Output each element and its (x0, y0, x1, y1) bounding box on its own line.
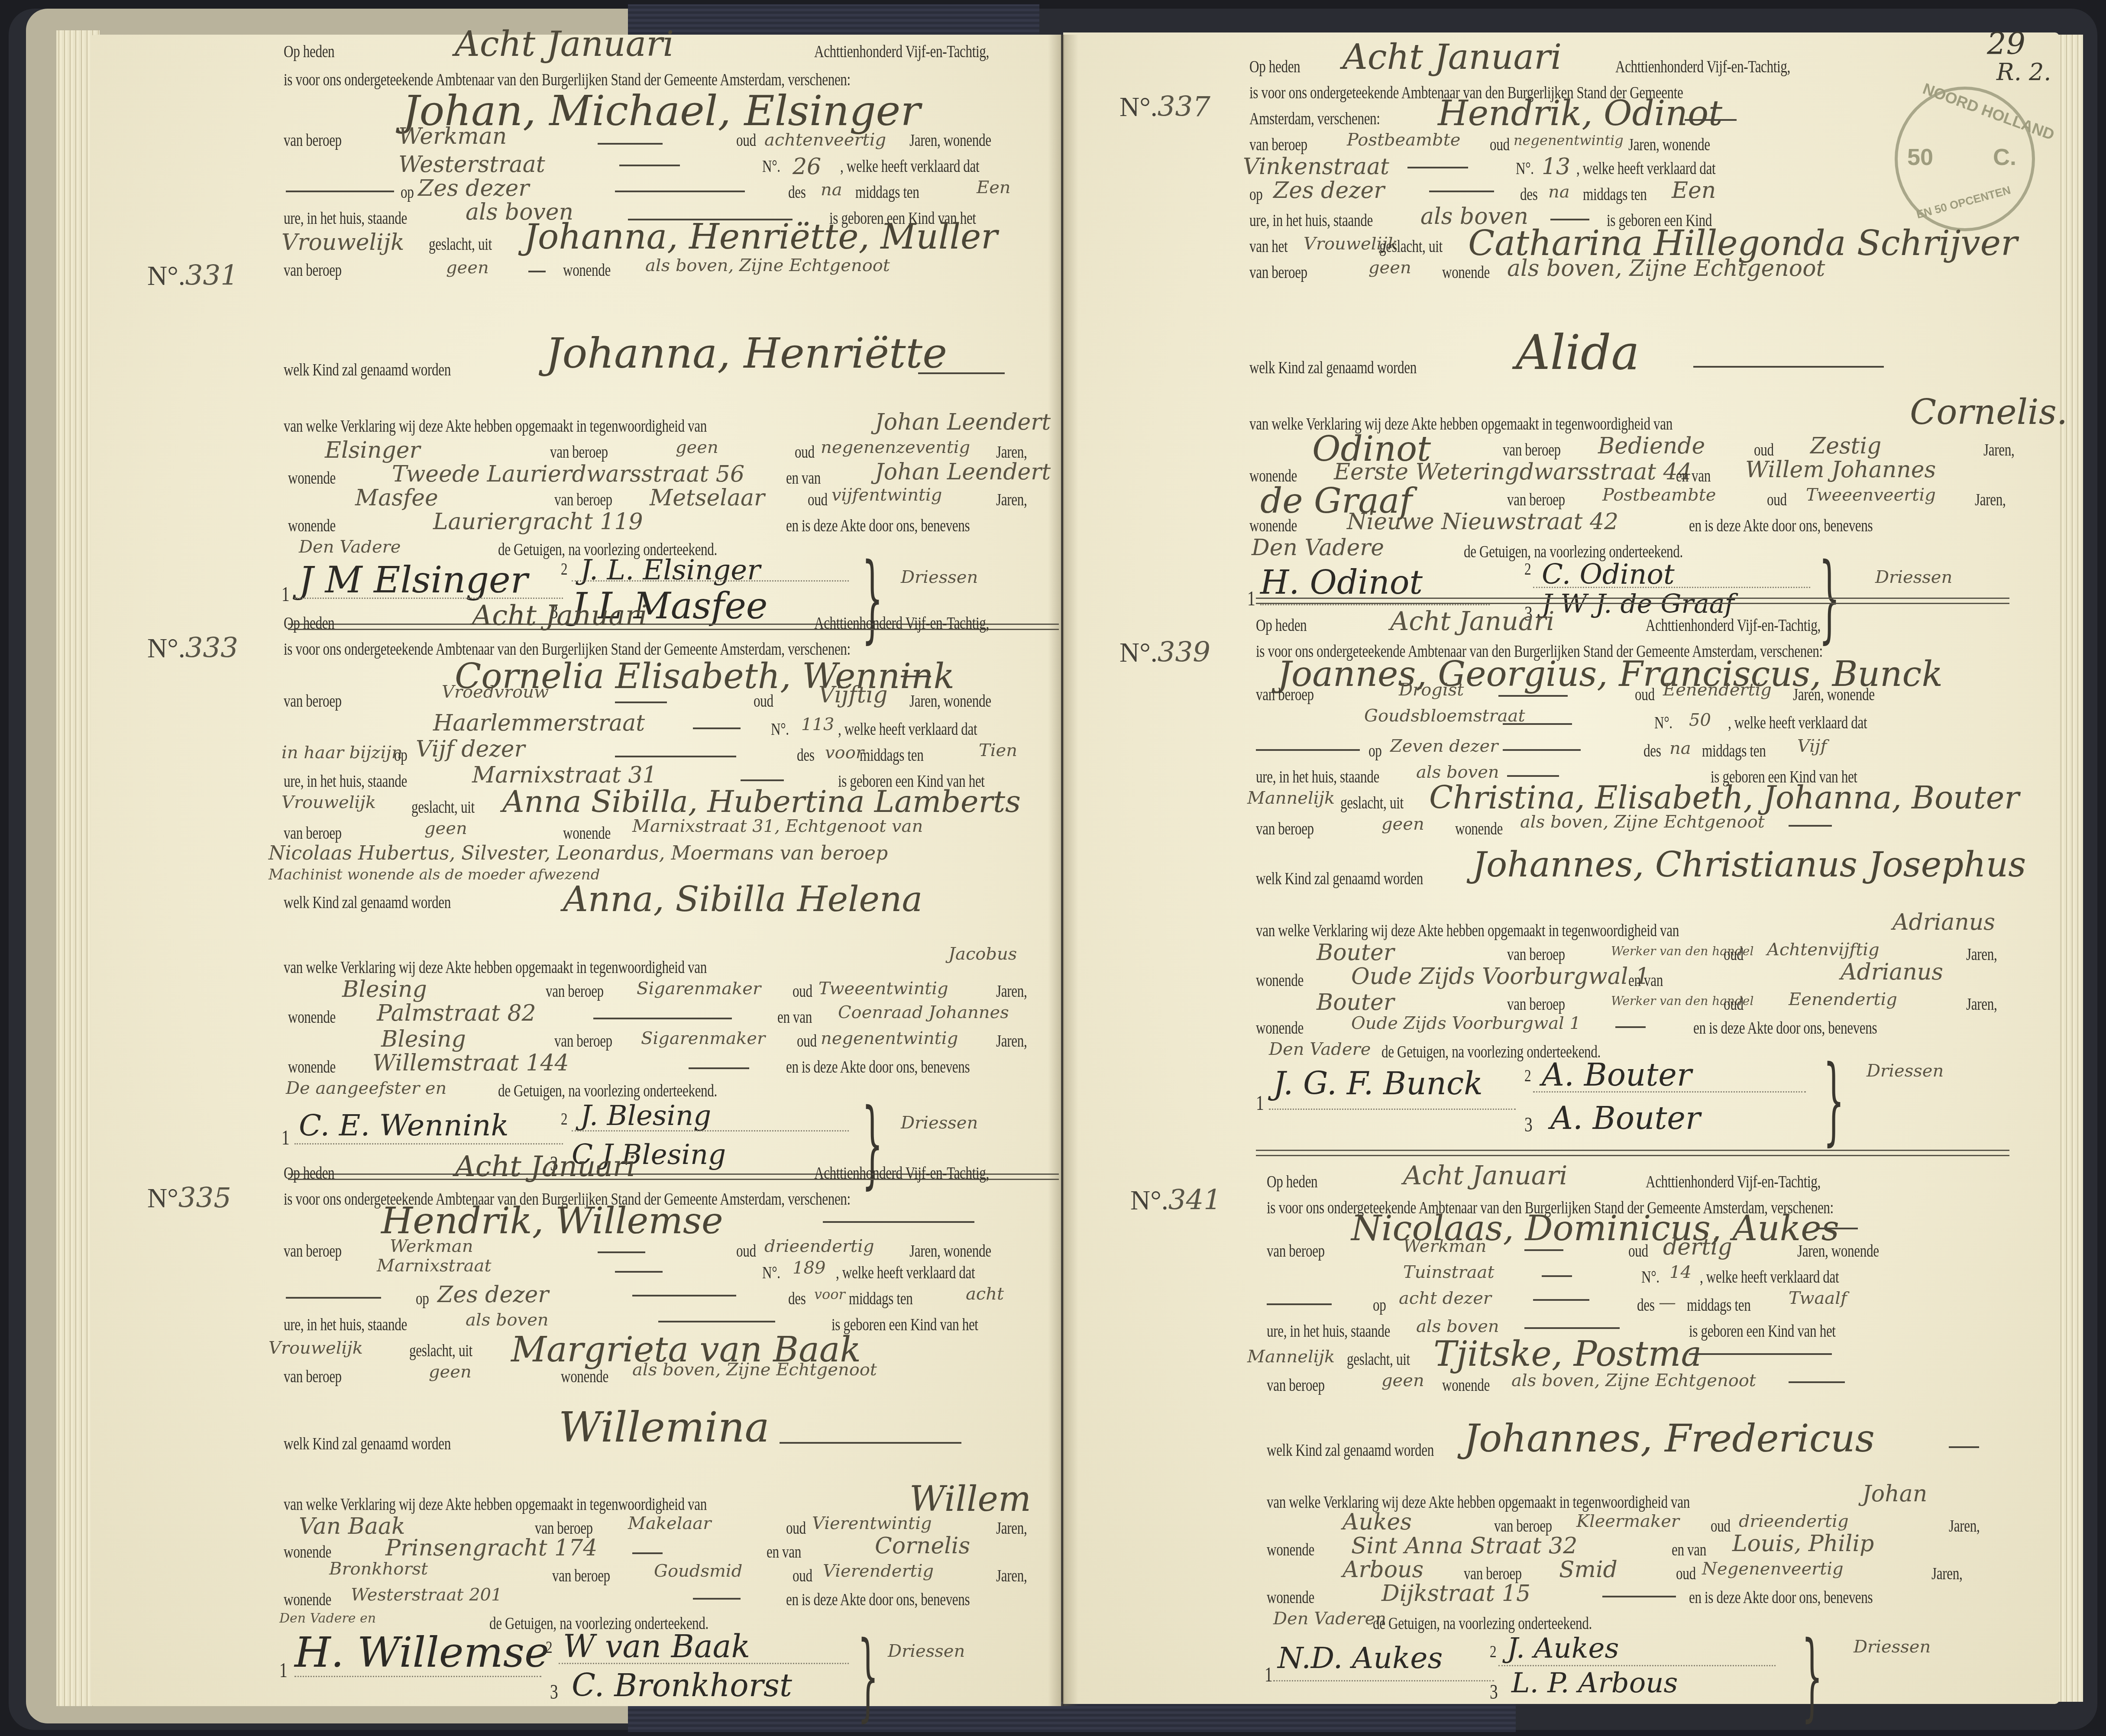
filler-dash (1503, 749, 1581, 751)
declarant-age: negenentwintig (1514, 132, 1624, 149)
witness2-surname: Bouter (1317, 989, 1394, 1015)
witness2-occupation: Smid (1559, 1557, 1618, 1583)
witness2-given-name: Johan Leendert (875, 459, 1051, 485)
witness2-address: Dijkstraat 15 (1381, 1581, 1530, 1607)
label-year: Achttienhonderd Vijf-en-Tachtig, (1646, 615, 1821, 635)
label-verklaring: van welke Verklaring wij deze Akte hebbe… (1256, 920, 1679, 941)
label-wonende: wonende (1256, 970, 1304, 990)
label-jaren-wonende: Jaren, wonende (1793, 684, 1875, 705)
child-name: Johanna, Henriëtte (546, 329, 947, 378)
signer-note: Den Vadere (1252, 535, 1384, 561)
record-divider (1256, 598, 2009, 604)
time-prefix: na (1669, 738, 1691, 758)
label-geslacht: geslacht, uit (1347, 1349, 1410, 1369)
label-op: op (401, 182, 414, 202)
label-year: Achttienhonderd Vijf-en-Tachtig, (1646, 1171, 1821, 1192)
label-van-beroep: van beroep (1256, 818, 1314, 839)
label-wonende: wonende (1256, 1018, 1304, 1038)
signature-declarant: N.D. Aukes (1278, 1641, 1443, 1675)
official-signature: Driessen (901, 567, 978, 587)
label-oud: oud (1490, 134, 1510, 155)
declarant-street: Haarlemmerstraat (433, 710, 645, 736)
birth-hour: Vijf (1797, 736, 1827, 756)
label-geslacht: geslacht, uit (1340, 792, 1404, 813)
label-oud: oud (1628, 1241, 1648, 1261)
label-wonende: wonende (288, 1007, 336, 1027)
label-van-beroep: van beroep (1507, 489, 1565, 510)
child-name: Johannes, Christianus Josephus (1472, 844, 2026, 885)
witness1-given-name: Cornelis. (1910, 392, 2067, 432)
label-no: N°. (1654, 712, 1673, 733)
filler-dash (693, 727, 741, 729)
birth-hour: Twaalf (1789, 1288, 1847, 1308)
label-oud: oud (793, 1565, 812, 1586)
label-op-heden: Op heden (284, 613, 334, 633)
label-year: Achttienhonderd Vijf-en-Tachtig, (814, 41, 989, 61)
label-jaren-wonende: Jaren, wonende (909, 691, 991, 711)
label-getuigen: de Getuigen, na voorlezing onderteekend. (1373, 1613, 1592, 1633)
label-en-is: en is deze Akte door ons, benevens (786, 515, 970, 536)
mother-residence: als boven, Zijne Echtgenoot (1507, 255, 1825, 281)
witness1-given-name: Jacobus (948, 944, 1017, 964)
label-no: N°. (762, 156, 780, 176)
signature-witness-1: A. Bouter (1542, 1057, 1692, 1093)
label-kind-naam: welk Kind zal genaamd worden (1249, 357, 1417, 378)
label-no: N°. (762, 1262, 780, 1283)
witness1-address: Prinsengracht 174 (385, 1535, 597, 1561)
child-sex: Vrouwelijk (269, 1338, 363, 1358)
filler-dash (1789, 825, 1832, 827)
label-geboren: is geboren een Kind van het (1689, 1321, 1836, 1341)
birth-hour: Tien (979, 740, 1017, 760)
label-jaren: Jaren, (1983, 440, 2014, 460)
label-oud: oud (1711, 1516, 1731, 1536)
official-signature: Driessen (1875, 567, 1952, 587)
declarant-house-no: 14 (1669, 1262, 1692, 1282)
signature-brace: } (857, 1628, 879, 1723)
child-name: Johannes, Fredericus (1464, 1416, 1875, 1461)
witness1-surname: Elsinger (325, 437, 420, 463)
label-oud: oud (786, 1518, 806, 1538)
label-van-beroep: van beroep (1507, 944, 1565, 964)
signature-line (1269, 1109, 1516, 1110)
label-van-beroep: van beroep (1249, 134, 1307, 155)
label-middags: middags ten (849, 1288, 912, 1309)
sig-marker-1: 1 (1265, 1663, 1272, 1687)
label-van-beroep: van beroep (1503, 440, 1561, 460)
birth-hour: acht (966, 1284, 1004, 1304)
signature-line (294, 1143, 563, 1144)
label-middags: middags ten (1583, 184, 1647, 204)
signature-line (1260, 604, 1490, 605)
witness1-address: Oude Zijds Voorburgwal 1 (1351, 963, 1650, 989)
label-ure-staande: ure, in het huis, staande (284, 1314, 407, 1335)
label-ure-staande: ure, in het huis, staande (284, 208, 407, 228)
witness1-surname: Bouter (1317, 940, 1394, 966)
label-jaren: Jaren, (1966, 944, 1997, 964)
sig-marker-1: 1 (281, 582, 289, 606)
date-field: Acht Januari (1343, 37, 1562, 77)
filler-dash (1615, 1026, 1646, 1028)
filler-dash (615, 702, 667, 703)
label-op-heden: Op heden (1249, 56, 1300, 77)
witness2-occupation: Goudsmid (654, 1561, 742, 1581)
filler-dash (1949, 1446, 1979, 1448)
label-year: Achttienhonderd Vijf-en-Tachtig, (1615, 56, 1790, 77)
label-van-beroep: van beroep (284, 260, 342, 280)
sig-marker-1: 1 (281, 1126, 289, 1150)
witness1-occupation: Kleermaker (1576, 1511, 1679, 1531)
witness2-occupation: Sigarenmaker (641, 1028, 765, 1048)
witness1-occupation: geen (676, 437, 718, 457)
birth-day: Zes dezer (418, 175, 529, 201)
declarant-occupation: Werkman (398, 123, 507, 149)
mother-occupation: geen (424, 818, 467, 838)
witness1-age: Tweeentwintig (818, 979, 948, 999)
child-sex: Vrouwelijk (281, 230, 404, 255)
label-des: des (788, 182, 806, 202)
signature-declarant: C. E. Wennink (299, 1109, 509, 1143)
label-jaren-wonende: Jaren, wonende (909, 130, 991, 150)
label-verklaard: , welke heeft verklaard dat (836, 1262, 975, 1283)
witness2-given-name: Cornelis (875, 1533, 970, 1559)
label-des: des (1520, 184, 1537, 204)
label-jaren: Jaren, (996, 1565, 1027, 1586)
label-van-beroep: van beroep (284, 130, 342, 150)
witness2-address: Oude Zijds Voorburgwal 1 (1351, 1013, 1581, 1033)
label-oud: oud (736, 1241, 756, 1261)
witness2-age: negenentwintig (821, 1028, 958, 1048)
sig-marker-2: 2 (1490, 1641, 1496, 1662)
signature-witness-2: A. Bouter (1550, 1100, 1700, 1136)
label-jaren: Jaren, (1966, 994, 1997, 1014)
label-verklaard: , welke heeft verklaard dat (840, 156, 979, 176)
label-jaren-wonende: Jaren, wonende (909, 1241, 991, 1261)
stamp-currency: C. (1993, 144, 2016, 171)
label-jaren: Jaren, (996, 981, 1027, 1001)
filler-dash (658, 1321, 775, 1322)
witness1-address: Sint Anna Straat 32 (1351, 1533, 1577, 1559)
date-field: Acht Januari (472, 600, 647, 632)
filler-dash (918, 372, 1005, 374)
sig-marker-2: 2 (561, 559, 567, 579)
child-sex: Vrouwelijk (281, 792, 376, 812)
label-middags: middags ten (855, 182, 919, 202)
label-en-is: en is deze Akte door ons, benevens (1693, 1018, 1877, 1038)
filler-dash (1524, 1249, 1563, 1251)
declarant-occupation: Postbeambte (1347, 130, 1460, 150)
label-oud: oud (795, 442, 815, 462)
witness1-address: Tweede Laurierdwarsstraat 56 (392, 461, 744, 487)
label-des: des (797, 745, 814, 765)
label-no: N°. (1641, 1267, 1660, 1287)
witness1-given-name: Johan (1862, 1481, 1927, 1507)
filler-dash (823, 1221, 974, 1223)
witness2-given-name: Louis, Philip (1732, 1531, 1874, 1557)
label-van-beroep: van beroep (550, 442, 608, 462)
label-kind-naam: welk Kind zal genaamd worden (1256, 868, 1423, 889)
signature-brace: } (1802, 1628, 1823, 1723)
label-van-beroep: van beroep (1267, 1241, 1325, 1261)
filler-dash (1256, 749, 1360, 751)
filler-dash (689, 1067, 749, 1069)
signature-witness-1: C. Odinot (1542, 559, 1675, 591)
label-van-beroep: van beroep (554, 489, 612, 510)
label-wonende: wonende (1442, 1375, 1490, 1395)
sig-marker-1: 1 (279, 1658, 287, 1682)
signature-line (294, 1676, 541, 1677)
label-wonende: wonende (284, 1589, 331, 1610)
witness2-given-name: Willem Johannes (1745, 457, 1936, 483)
page-number: 29 (1987, 26, 2025, 61)
father-occupation-note: Machinist wonende als de moeder afwezend (269, 866, 600, 883)
label-ure-staande: ure, in het huis, staande (1256, 766, 1379, 787)
label-kind-naam: welk Kind zal genaamd worden (284, 892, 451, 912)
declarant-occupation: Vroedvrouw (442, 682, 549, 702)
label-van-beroep: van beroep (1256, 684, 1314, 705)
declarant-street: Marnixstraat (377, 1256, 492, 1276)
label-jaren: Jaren, (996, 489, 1027, 510)
time-prefix: voor (825, 743, 864, 763)
time-prefix: na (1548, 182, 1570, 202)
spine-tape-bottom (628, 1702, 1516, 1732)
sig-marker-3: 3 (1524, 1113, 1532, 1137)
witness1-given-name: Johan Leendert (875, 409, 1051, 435)
label-jaren-wonende: Jaren, wonende (1797, 1241, 1879, 1261)
signature-line (572, 1130, 849, 1131)
label-kind-naam: welk Kind zal genaamd worden (284, 359, 451, 380)
label-jaren: Jaren, (1975, 489, 2006, 510)
tax-stamp: NOORD HOLLAND 50 C. EN 50 OPCENTEN (1895, 87, 2035, 231)
filler-dash (1819, 1228, 1858, 1229)
label-kind-naam: welk Kind zal genaamd worden (1267, 1440, 1434, 1460)
birth-hour: Een (977, 178, 1011, 197)
label-middags: middags ten (1702, 740, 1766, 761)
stamp-bottom-text: EN 50 OPCENTEN (1915, 184, 2012, 222)
declarant-name: Hendrik, Willemse (381, 1199, 723, 1242)
label-no: N°. (771, 719, 789, 739)
label-verklaard: , welke heeft verklaard dat (838, 719, 977, 739)
label-van-beroep: van beroep (284, 691, 342, 711)
signature-declarant: H. Willemse (294, 1628, 549, 1677)
child-name: Anna, Sibilla Helena (563, 879, 922, 919)
label-verklaring: van welke Verklaring wij deze Akte hebbe… (284, 416, 707, 436)
label-wonende: wonende (1249, 515, 1297, 536)
filler-dash (598, 1251, 645, 1253)
filler-dash (780, 1442, 961, 1444)
label-wonende: wonende (1455, 818, 1503, 839)
filler-dash (286, 191, 394, 192)
filler-dash (1789, 1381, 1845, 1383)
date-field: Acht Januari (455, 1150, 635, 1183)
sig-marker-2: 2 (1524, 559, 1531, 579)
label-en-is: en is deze Akte door ons, benevens (1689, 515, 1873, 536)
label-year: Achttienhonderd Vijf-en-Tachtig, (814, 613, 989, 633)
date-field: Acht Januari (1403, 1161, 1568, 1191)
label-op: op (1373, 1295, 1386, 1315)
filler-dash (1267, 1303, 1332, 1305)
filler-dash (901, 676, 931, 677)
label-des: des (1643, 740, 1661, 761)
label-en-van: en van (1676, 466, 1711, 486)
label-oud: oud (808, 489, 828, 510)
witness2-surname: Blesing (381, 1026, 466, 1052)
label-op-heden: Op heden (1267, 1171, 1317, 1192)
declarant-age: Vijftig (818, 682, 887, 708)
mother-occupation: geen (1368, 258, 1411, 278)
declarant-age: dertig (1663, 1234, 1732, 1260)
label-verklaring: van welke Verklaring wij deze Akte hebbe… (284, 957, 707, 977)
sig-marker-1: 1 (1247, 587, 1255, 611)
witness1-occupation: Sigarenmaker (637, 979, 761, 999)
label-kind-naam: welk Kind zal genaamd worden (284, 1433, 451, 1454)
sig-marker-3: 3 (1490, 1680, 1498, 1704)
label-en-van: en van (786, 468, 821, 488)
birth-day: Zes dezer (1273, 178, 1385, 204)
filler-dash (1685, 119, 1737, 121)
birth-day: Vijf dezer (416, 736, 525, 762)
label-en-is: en is deze Akte door ons, benevens (1689, 1587, 1873, 1607)
filler-dash (1602, 1596, 1676, 1597)
filler-dash (1550, 219, 1589, 220)
label-geslacht: geslacht, uit (429, 234, 492, 254)
declarant-house-no: 50 (1689, 710, 1711, 730)
signer-note: Den Vadere (299, 537, 401, 557)
label-van-beroep: van beroep (546, 981, 604, 1001)
declarant-name: Hendrik, Odinot (1438, 93, 1722, 133)
filler-dash (1693, 366, 1884, 368)
filler-dash (1689, 1353, 1832, 1355)
declarant-house-no: 26 (793, 154, 821, 180)
label-jaren: Jaren, (996, 1031, 1027, 1051)
declarant-age: achtenveertig (764, 130, 886, 150)
mother-name: Christina, Elisabeth, Johanna, Bouter (1429, 779, 2019, 816)
official-signature: Driessen (888, 1641, 965, 1661)
filler-dash (632, 1295, 736, 1296)
record-number: N°.341 (1130, 1184, 1221, 1216)
label-wonende: wonende (563, 823, 611, 843)
witness2-given-name: Coenraad Johannes (838, 1002, 1009, 1022)
label-verklaring: van welke Verklaring wij deze Akte hebbe… (284, 1494, 707, 1514)
label-op: op (416, 1288, 429, 1309)
declarant-street: Westerstraat (398, 152, 545, 178)
signature-witness-2: L. P. Arbous (1511, 1667, 1678, 1699)
witness1-given-name: Adrianus (1892, 909, 1995, 935)
father-details: Nicolaas Hubertus, Silvester, Leonardus,… (269, 842, 888, 864)
label-van-beroep: van beroep (284, 1241, 342, 1261)
mother-occupation: geen (429, 1362, 472, 1382)
label-van-beroep: van beroep (284, 823, 342, 843)
filler-dash (1524, 1327, 1620, 1329)
filler-dash (1533, 1299, 1589, 1301)
signature-declarant: J M Elsinger (299, 559, 528, 601)
label-van-het: van het (1249, 236, 1288, 256)
sig-marker-3: 3 (550, 1680, 558, 1704)
signature-brace: } (1823, 1052, 1844, 1148)
label-en-van: en van (1628, 970, 1663, 990)
child-sex: Mannelijk (1247, 788, 1335, 808)
date-field: Acht Januari (1390, 606, 1555, 637)
child-sex: Mannelijk (1247, 1347, 1335, 1367)
signer-note: Den Vadere en (279, 1611, 376, 1626)
label-wonende: wonende (1267, 1587, 1314, 1607)
filler-dash (286, 1297, 381, 1299)
label-jaren: Jaren, (1931, 1563, 1962, 1584)
birth-day: Zes dezer (437, 1282, 549, 1308)
witness1-surname: Aukes (1343, 1509, 1412, 1535)
presence-note: in haar bijzijn (281, 743, 402, 763)
time-prefix: voor (814, 1286, 845, 1303)
official-signature: Driessen (1854, 1637, 1931, 1657)
signature-line (1498, 1665, 1776, 1666)
witness2-occupation: Metselaar (650, 485, 765, 511)
birth-day: Zeven dezer (1390, 736, 1498, 756)
label-en-is: en is deze Akte door ons, benevens (786, 1057, 970, 1077)
declarant-house-no: 189 (793, 1258, 825, 1278)
label-geslacht: geslacht, uit (409, 1340, 472, 1361)
filler-dash (741, 779, 784, 781)
label-jaren: Jaren, (996, 1518, 1027, 1538)
label-op: op (394, 745, 407, 765)
declarant-age: Eenendertig (1663, 680, 1772, 700)
time-prefix: na (821, 180, 842, 200)
record-number: N°335 (147, 1182, 231, 1214)
signer-note: Den Vaderen (1273, 1609, 1386, 1629)
sig-marker-2: 2 (546, 1637, 552, 1657)
filler-dash (528, 271, 546, 272)
label-getuigen: de Getuigen, na voorlezing onderteekend. (498, 1080, 717, 1101)
sig-marker-1: 1 (1256, 1091, 1264, 1115)
witness2-age: vijfentwintig (831, 485, 942, 505)
declarant-house-no: 13 (1542, 154, 1570, 180)
label-op-heden: Op heden (284, 41, 334, 61)
sig-marker-2: 2 (1524, 1065, 1531, 1086)
signature-declarant: H. Odinot (1260, 563, 1423, 601)
witness2-given-name: Adrianus (1841, 959, 1943, 985)
witness1-address: Palmstraat 82 (377, 1000, 536, 1026)
mother-residence: als boven, Zijne Echtgenoot (1520, 812, 1765, 832)
mother-residence: als boven, Zijne Echtgenoot (645, 255, 890, 275)
child-name: Alida (1516, 325, 1640, 380)
witness1-age: Zestig (1810, 433, 1881, 459)
signature-declarant: J. G. F. Bunck (1273, 1065, 1483, 1102)
filler-dash (598, 143, 663, 145)
label-en-van: en van (767, 1542, 801, 1562)
label-en-van: en van (777, 1007, 812, 1027)
declarant-occupation: Werkman (1403, 1236, 1486, 1256)
declarant-street: Vinkenstraat (1243, 154, 1389, 180)
mother-occupation: geen (1381, 814, 1424, 834)
label-wonende: wonende (561, 1366, 608, 1387)
signature-line (1533, 1091, 1806, 1093)
record-number: N°.337 (1119, 91, 1210, 123)
witness1-occupation: Makelaar (628, 1513, 711, 1533)
mother-name: Tjitske, Postma (1433, 1334, 1702, 1374)
declarant-occupation: Drogist (1399, 680, 1464, 700)
filler-dash (1542, 1275, 1572, 1277)
label-en-van: en van (1672, 1539, 1706, 1560)
witness2-address: Lauriergracht 119 (433, 509, 643, 535)
label-van-beroep: van beroep (1249, 262, 1307, 282)
label-jaren: Jaren, (1949, 1516, 1980, 1536)
filler-dash (615, 756, 736, 757)
witness2-address: Nieuwe Nieuwstraat 42 (1347, 509, 1618, 535)
birth-day: acht dezer (1399, 1288, 1491, 1308)
declarant-house-no: 113 (801, 714, 834, 734)
label-wonende: wonende (1442, 262, 1490, 282)
label-des: des (788, 1288, 806, 1309)
filler-dash (1507, 775, 1559, 777)
